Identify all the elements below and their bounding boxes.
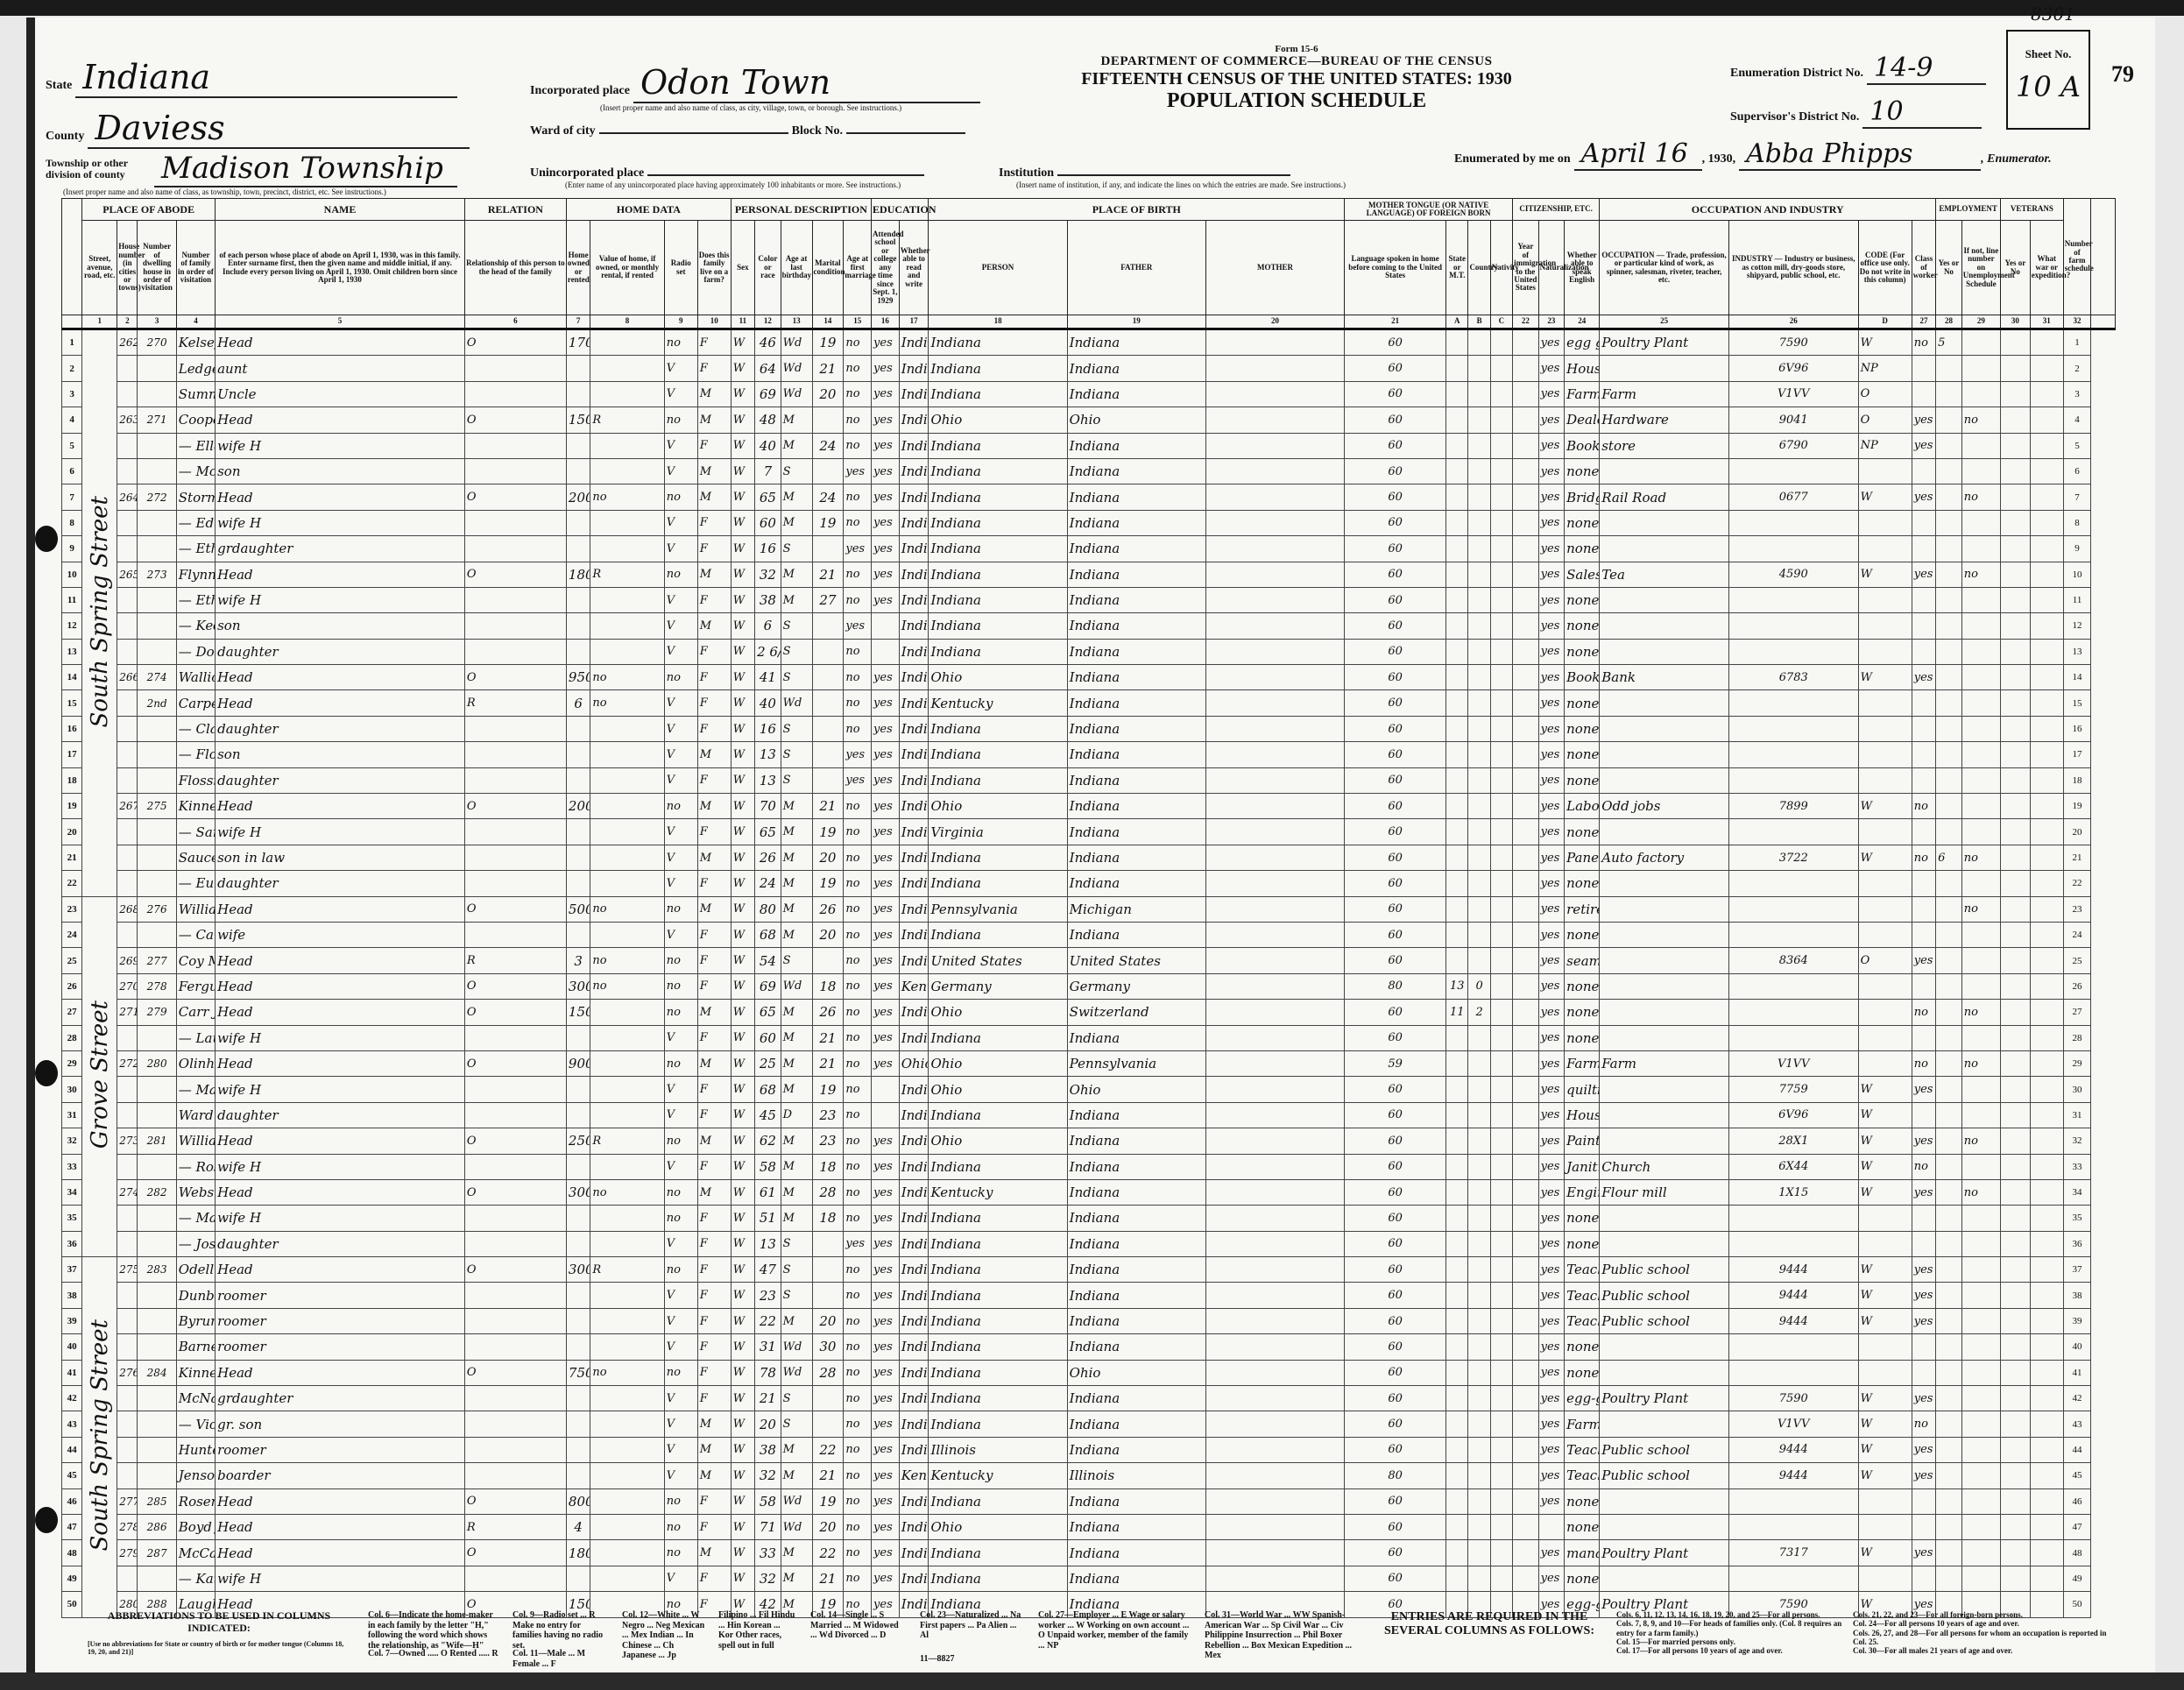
cell-english: yes [1538,458,1565,484]
cell-war [2001,1488,2031,1514]
cell-vet [1961,665,2000,690]
cell-english: yes [1538,510,1565,535]
cell-birth-mother: Indiana [1067,1566,1205,1591]
cell-immig [1490,1283,1512,1308]
cell-owned [464,1463,566,1488]
column-number: 27 [1912,315,1935,329]
cell-birth-person: Indiana [899,484,929,510]
cell-codeA: 60 [1345,1025,1446,1050]
column-number: 9 [664,315,697,329]
cell-codeD [1728,536,1858,562]
cell-owned: O [464,484,566,510]
cell-codeD: V1VV [1728,381,1858,407]
group-place-of-abode: PLACE OF ABODE [82,199,216,221]
cell-birth-person: Indiana [899,562,929,587]
cell-school: no [844,794,872,819]
cell-marital: S [781,1283,812,1308]
cell-name: — Victor C [176,1411,215,1437]
cell-natur [1513,1386,1539,1411]
cell-name: — Margaret E [176,1206,215,1231]
cell-owned: O [464,896,566,922]
cell-codeC [1468,639,1490,664]
line-number: 1 [62,329,82,356]
cell-read: yes [872,1179,900,1205]
cell-name: — Edith [176,510,215,535]
table-row: 29272280Olinhouse John HHeadO900noMW25M2… [62,1050,2116,1076]
cell-occupation: seamstress [1565,948,1600,973]
cell-race: W [731,767,754,793]
cell-school: no [844,1050,872,1076]
cell-family: 287 [138,1540,176,1566]
cell-age: 68 [755,1077,781,1102]
cell-sex: F [697,1257,731,1283]
line-number-right: 8 [2063,510,2091,535]
cell-race: W [731,871,754,896]
cell-marital: M [781,1179,812,1205]
cell-worker: W [1858,1257,1912,1283]
cell-first-marr: 21 [812,1463,844,1488]
column-number: 11 [731,315,754,329]
cell-birth-person: Indiana [899,1179,929,1205]
cell-read: yes [872,1411,900,1437]
table-row: 26270278Ferguson EmmaHeadO3000nonoFW69Wd… [62,973,2116,999]
cell-codeB [1446,1437,1468,1462]
cell-marital: M [781,1206,812,1231]
cell-owned [464,1566,566,1591]
line-number: 49 [62,1566,82,1591]
cell-immig [1490,1050,1512,1076]
cell-lang [1205,381,1344,407]
cell-unemp-line [1936,1283,1962,1308]
line-number: 13 [62,639,82,664]
cell-occupation: none [1565,819,1600,845]
cell-school: no [844,1128,872,1154]
cell-worker: W [1858,665,1912,690]
cell-age: 16 [755,716,781,741]
line-number: 7 [62,484,82,510]
line-number: 16 [62,716,82,741]
cell-codeD: 9444 [1728,1257,1858,1283]
cell-sex: M [697,1050,731,1076]
cell-worker [1858,1231,1912,1256]
cell-codeD: 6790 [1728,433,1858,458]
cell-unemp-line [1936,1437,1962,1462]
cell-sex: F [697,356,731,381]
enumerated-field: Enumerated by me on April 16, 1930, Abba… [1454,138,2052,171]
cell-family [138,381,176,407]
cell-unemp-line [1936,1000,1962,1025]
cell-name: Ferguson Emma [176,973,215,999]
cell-industry [1600,1360,1729,1385]
cell-industry: Farm [1600,381,1729,407]
cell-natur [1513,1308,1539,1333]
cell-birth-person: Indiana [899,1231,929,1256]
cell-occupation: Dealer [1565,407,1600,433]
line-number: 32 [62,1128,82,1154]
cell-marital: M [781,1128,812,1154]
table-row: 47278286Boyd JaneHeadR4noFW71Wd20noyesIn… [62,1514,2116,1539]
cell-family: 271 [138,407,176,433]
cell-read: yes [872,973,900,999]
cell-english: yes [1538,407,1565,433]
cell-first-marr [812,1283,844,1308]
cell-codeD [1728,1514,1858,1539]
cell-sex: F [697,819,731,845]
cell-farm: V [664,767,697,793]
cell-farm: V [664,845,697,870]
cell-occupation: none [1565,1000,1600,1025]
cell-codeA: 60 [1345,329,1446,356]
cell-worker [1858,510,1912,535]
cell-birth-person: Indiana [899,794,929,819]
line-number: 17 [62,742,82,767]
cell-school: no [844,1411,872,1437]
cell-immig [1490,819,1512,845]
cell-relation: grdaughter [216,1386,465,1411]
cell-unemp-line [1936,356,1962,381]
cell-farm: no [664,948,697,973]
group-citizenship: CITIZENSHIP, ETC. [1513,199,1600,221]
cell-dwelling [117,767,138,793]
cell-birth-person: Indiana [899,665,929,690]
cell-farm-sched [2030,1154,2063,1179]
cell-age: 62 [755,1128,781,1154]
cell-lang [1205,587,1344,612]
cell-codeB [1446,922,1468,947]
cell-industry: Tea [1600,562,1729,587]
cell-lang [1205,845,1344,870]
cell-worker [1858,1206,1912,1231]
cell-birth-person: Indiana [899,1308,929,1333]
cell-radio [590,845,664,870]
cell-birth-mother: Indiana [1067,1179,1205,1205]
column-number: 23 [1538,315,1565,329]
cell-birth-person: Ohio [899,1050,929,1076]
cell-sex: F [697,973,731,999]
cell-race: W [731,587,754,612]
cell-birth-father: Indiana [929,1206,1067,1231]
cell-birth-father: Indiana [929,1360,1067,1385]
cell-immig [1490,742,1512,767]
cell-relation: daughter [216,871,465,896]
table-row: 32273281Williams John BHeadO2500RnoMW62M… [62,1128,2116,1154]
cell-codeA: 60 [1345,716,1446,741]
line-number: 43 [62,1411,82,1437]
cell-radio [590,510,664,535]
cell-value: 3000 [566,973,590,999]
cell-english: yes [1538,1206,1565,1231]
cell-farm: V [664,587,697,612]
ward-field: Ward of city Block No. [530,123,965,138]
cell-birth-mother: Indiana [1067,1231,1205,1256]
cell-codeC [1468,536,1490,562]
cell-immig [1490,690,1512,716]
cell-name: — Mary E [176,1077,215,1102]
group-personal-description: PERSONAL DESCRIPTION [731,199,871,221]
line-number: 33 [62,1154,82,1179]
cell-farm-sched [2030,639,2063,664]
cell-codeA: 60 [1345,1514,1446,1539]
cell-family [138,845,176,870]
cell-school: no [844,1154,872,1179]
cell-family: 285 [138,1488,176,1514]
cell-birth-father: Illinois [929,1437,1067,1462]
cell-codeB [1446,819,1468,845]
cell-codeA: 60 [1345,510,1446,535]
line-number-right: 47 [2063,1514,2091,1539]
cell-race: W [731,433,754,458]
cell-codeC [1468,1077,1490,1102]
cell-codeC [1468,767,1490,793]
table-row: 43— Victor Cgr. sonVMW20SnoyesIndianaInd… [62,1411,2116,1437]
cell-value [566,356,590,381]
cell-name: Webster William E [176,1179,215,1205]
cell-at-work [1912,742,1935,767]
cell-school: yes [844,458,872,484]
cell-farm-sched [2030,845,2063,870]
cell-relation: roomer [216,1437,465,1462]
cell-english: yes [1538,562,1565,587]
cell-industry: Public school [1600,1463,1729,1488]
cell-birth-father: Indiana [929,1334,1067,1360]
group-home-data: HOME DATA [566,199,731,221]
cell-war [2001,458,2031,484]
cell-english: yes [1538,690,1565,716]
cell-natur [1513,1488,1539,1514]
cell-lang [1205,1128,1344,1154]
cell-first-marr [812,1411,844,1437]
cell-first-marr: 23 [812,1102,844,1128]
cell-birth-person: Indiana [899,356,929,381]
cell-english: yes [1538,356,1565,381]
table-row: 36— Josie LdaughterVFW13SyesyesIndianaIn… [62,1231,2116,1256]
cell-codeC [1468,587,1490,612]
line-number: 42 [62,1386,82,1411]
column-number: 32 [2063,315,2091,329]
cell-name: — Rose [176,1154,215,1179]
cell-name: — Sarah E [176,819,215,845]
cell-name: Ledgerwood Belle [176,356,215,381]
cell-at-work [1912,716,1935,741]
cell-first-marr [812,716,844,741]
cell-birth-mother: Indiana [1067,742,1205,767]
cell-name: Kelsey Elfie [176,329,215,356]
cell-name: Carpenter Etta M [176,690,215,716]
cell-lang [1205,896,1344,922]
column-number: 10 [697,315,731,329]
cell-lang [1205,1257,1344,1283]
table-row: 42McNabb LorainegrdaughterVFW21SnoyesInd… [62,1386,2116,1411]
cell-race: W [731,562,754,587]
cell-codeD: 9444 [1728,1437,1858,1462]
line-number: 39 [62,1308,82,1333]
cell-race: W [731,1231,754,1256]
cell-lang [1205,1308,1344,1333]
supervisor-district-field: Supervisor's District No. 10 [1730,96,1982,129]
cell-age: 23 [755,1283,781,1308]
cell-immig [1490,948,1512,973]
cell-at-work: yes [1912,407,1935,433]
cell-race: W [731,1283,754,1308]
cell-at-work [1912,1025,1935,1050]
cell-family [138,458,176,484]
cell-name: — Laura A [176,1025,215,1050]
cell-value [566,1463,590,1488]
cell-farm: no [664,973,697,999]
cell-at-work [1912,587,1935,612]
supervisor-district-value: 10 [1862,96,1982,129]
cell-first-marr: 28 [812,1360,844,1385]
cell-birth-mother: Michigan [1067,896,1205,922]
street-name: South Spring Street [82,1257,117,1617]
table-row: 33— Rosewife HVFW58M18noyesIndianaIndian… [62,1154,2116,1179]
cell-natur [1513,1128,1539,1154]
cell-read: yes [872,510,900,535]
cell-first-marr: 20 [812,1514,844,1539]
cell-natur [1513,329,1539,356]
line-number: 9 [62,536,82,562]
cell-unemp-line [1936,922,1962,947]
cell-occupation: Bridge carpenter [1565,484,1600,510]
cell-birth-father: Indiana [929,329,1067,356]
cell-family [138,1025,176,1050]
cell-at-work [1912,690,1935,716]
cell-birth-father: Indiana [929,1257,1067,1283]
cell-first-marr [812,613,844,639]
cell-birth-mother: Ohio [1067,407,1205,433]
line-number: 14 [62,665,82,690]
cell-family [138,1437,176,1462]
cell-occupation: none [1565,639,1600,664]
cell-codeC [1468,871,1490,896]
institution-field: Institution (Insert name of institution,… [999,165,1349,189]
cell-codeB [1446,871,1468,896]
cell-dwelling [117,1463,138,1488]
table-row: 14266274Wallick JennieHeadO950nonoFW41Sn… [62,665,2116,690]
cell-unemp-line [1936,716,1962,741]
cell-school: no [844,356,872,381]
cell-birth-mother: Indiana [1067,665,1205,690]
binder-hole [35,1060,58,1086]
table-row: 3Summerville JacobUncleVMW69Wd20noyesInd… [62,381,2116,407]
cell-sex: F [697,329,731,356]
cell-lang [1205,767,1344,793]
cell-natur [1513,1102,1539,1128]
column-number: A [1446,315,1468,329]
cell-birth-mother: Indiana [1067,716,1205,741]
cell-birth-person: Indiana [899,922,929,947]
cell-english: yes [1538,767,1565,793]
line-number: 48 [62,1540,82,1566]
cell-marital: S [781,767,812,793]
cell-codeA: 60 [1345,1360,1446,1385]
cell-farm: no [664,329,697,356]
cell-english: yes [1538,1540,1565,1566]
cell-first-marr: 30 [812,1334,844,1360]
cell-natur [1513,1206,1539,1231]
cell-dwelling [117,639,138,664]
cell-radio: no [590,1179,664,1205]
cell-read: yes [872,562,900,587]
cell-birth-mother: United States [1067,948,1205,973]
cell-family: 2nd [138,690,176,716]
cell-birth-father: Indiana [929,587,1067,612]
cell-codeA: 60 [1345,639,1446,664]
cell-radio [590,1488,664,1514]
cell-lang [1205,329,1344,356]
line-number: 38 [62,1283,82,1308]
cell-age: 38 [755,1437,781,1462]
line-number: 4 [62,407,82,433]
cell-immig [1490,407,1512,433]
cell-lang [1205,1102,1344,1128]
line-number: 25 [62,948,82,973]
cell-industry [1600,742,1729,767]
cell-birth-person: Indiana [899,896,929,922]
cell-age: 60 [755,1025,781,1050]
cell-sex: F [697,639,731,664]
cell-vet [1961,1514,2000,1539]
cell-owned [464,613,566,639]
cell-codeB [1446,1179,1468,1205]
cell-birth-mother: Indiana [1067,794,1205,819]
cell-industry [1600,767,1729,793]
cell-birth-father: Indiana [929,716,1067,741]
table-row: 20— Sarah Ewife HVFW65M19noyesIndianaVir… [62,819,2116,845]
cell-age: 68 [755,922,781,947]
cell-family [138,716,176,741]
cell-school: yes [844,613,872,639]
cell-relation: daughter [216,767,465,793]
cell-radio [590,613,664,639]
cell-dwelling: 279 [117,1540,138,1566]
cell-owned: O [464,1128,566,1154]
cell-birth-person: Indiana [899,1514,929,1539]
cell-industry [1600,1334,1729,1360]
cell-relation: daughter [216,716,465,741]
cell-farm: V [664,356,697,381]
table-row: 16— Clara MdaughterVFW16SnoyesIndianaInd… [62,716,2116,741]
cell-occupation: Paneler [1565,845,1600,870]
cell-first-marr: 24 [812,433,844,458]
cell-worker: O [1858,948,1912,973]
cell-value [566,381,590,407]
cell-war [2001,562,2031,587]
cell-unemp-line [1936,613,1962,639]
line-number-right: 12 [2063,613,2091,639]
cell-birth-mother: Indiana [1067,1411,1205,1437]
cell-lang [1205,819,1344,845]
table-row: 38Dunbar LeliaroomerVFW23SnoyesIndianaIn… [62,1283,2116,1308]
cell-birth-mother: Indiana [1067,1540,1205,1566]
abbrev-title: ABBREVIATIONS TO BE USED IN COLUMNS INDI… [88,1610,350,1635]
cell-family [138,1308,176,1333]
cell-codeC [1468,665,1490,690]
cell-radio: R [590,1257,664,1283]
cell-first-marr: 26 [812,896,844,922]
cell-occupation: Farmer [1565,1050,1600,1076]
cell-school: no [844,1566,872,1591]
cell-school: no [844,1514,872,1539]
cell-relation: Head [216,1000,465,1025]
cell-dwelling: 268 [117,896,138,922]
cell-race: W [731,1514,754,1539]
cell-natur [1513,716,1539,741]
cell-codeD: 1X15 [1728,1179,1858,1205]
census-title: FIFTEENTH CENSUS OF THE UNITED STATES: 1… [1051,69,1542,89]
cell-lang [1205,1206,1344,1231]
cell-race: W [731,1566,754,1591]
